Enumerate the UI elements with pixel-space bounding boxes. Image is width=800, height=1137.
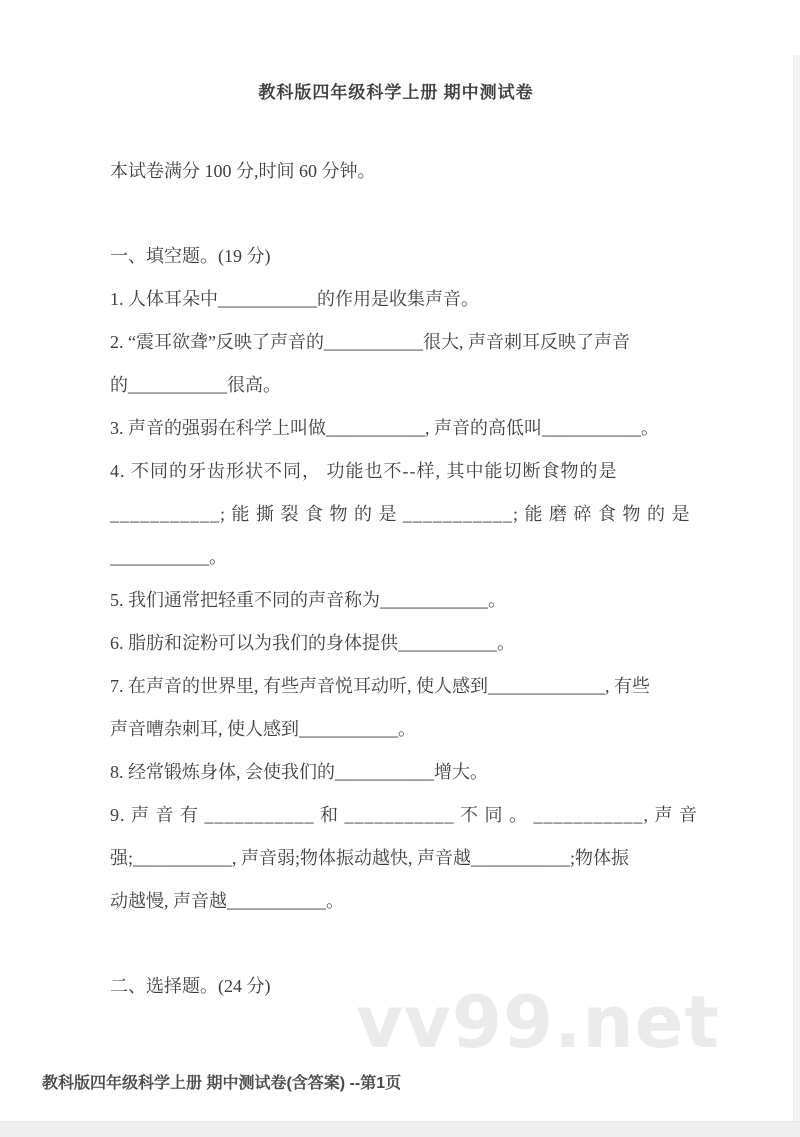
question-2-line: 的___________很高。 (110, 364, 694, 407)
exam-info-line: 本试卷满分 100 分,时间 60 分钟。 (110, 157, 376, 185)
question-9-line: 9. 声 音 有 ___________ 和 ___________ 不 同 。… (110, 794, 694, 837)
question-3-line: 3. 声音的强弱在科学上叫做___________, 声音的高低叫_______… (110, 407, 694, 450)
questions-area: 一、填空题。(19 分) 1. 人体耳朵中___________的作用是收集声音… (110, 235, 694, 1008)
question-4-line: 4. 不同的牙齿形状不同， 功能也不--样, 其中能切断食物的是 (110, 450, 694, 493)
exam-paper-page: 教科版四年级科学上册 期中测试卷 本试卷满分 100 分,时间 60 分钟。 一… (0, 0, 800, 1137)
question-7-line: 7. 在声音的世界里, 有些声音悦耳动听, 使人感到_____________,… (110, 665, 694, 708)
section1-heading: 一、填空题。(19 分) (110, 235, 694, 278)
watermark-text: vv99.net (356, 980, 720, 1064)
question-4-line: ___________。 (110, 536, 694, 579)
page-title: 教科版四年级科学上册 期中测试卷 (0, 78, 792, 103)
page-bottom-edge (0, 1121, 800, 1137)
question-9-line: 强;___________, 声音弱;物体振动越快, 声音越__________… (110, 837, 694, 880)
question-2-line: 2. “震耳欲聋”反映了声音的___________很大, 声音刺耳反映了声音 (110, 321, 694, 364)
question-1-line: 1. 人体耳朵中___________的作用是收集声音。 (110, 278, 694, 321)
question-8-line: 8. 经常锻炼身体, 会使我们的___________增大。 (110, 751, 694, 794)
page-right-edge (793, 55, 800, 1137)
question-4-line: ___________; 能 撕 裂 食 物 的 是 ___________; … (110, 493, 694, 536)
question-5-line: 5. 我们通常把轻重不同的声音称为____________。 (110, 579, 694, 622)
question-6-line: 6. 脂肪和淀粉可以为我们的身体提供___________。 (110, 622, 694, 665)
question-9-line: 动越慢, 声音越___________。 (110, 880, 694, 923)
question-7-line: 声音嘈杂刺耳, 使人感到___________。 (110, 708, 694, 751)
page-footer: 教科版四年级科学上册 期中测试卷(含答案) --第1页 (42, 1070, 401, 1093)
